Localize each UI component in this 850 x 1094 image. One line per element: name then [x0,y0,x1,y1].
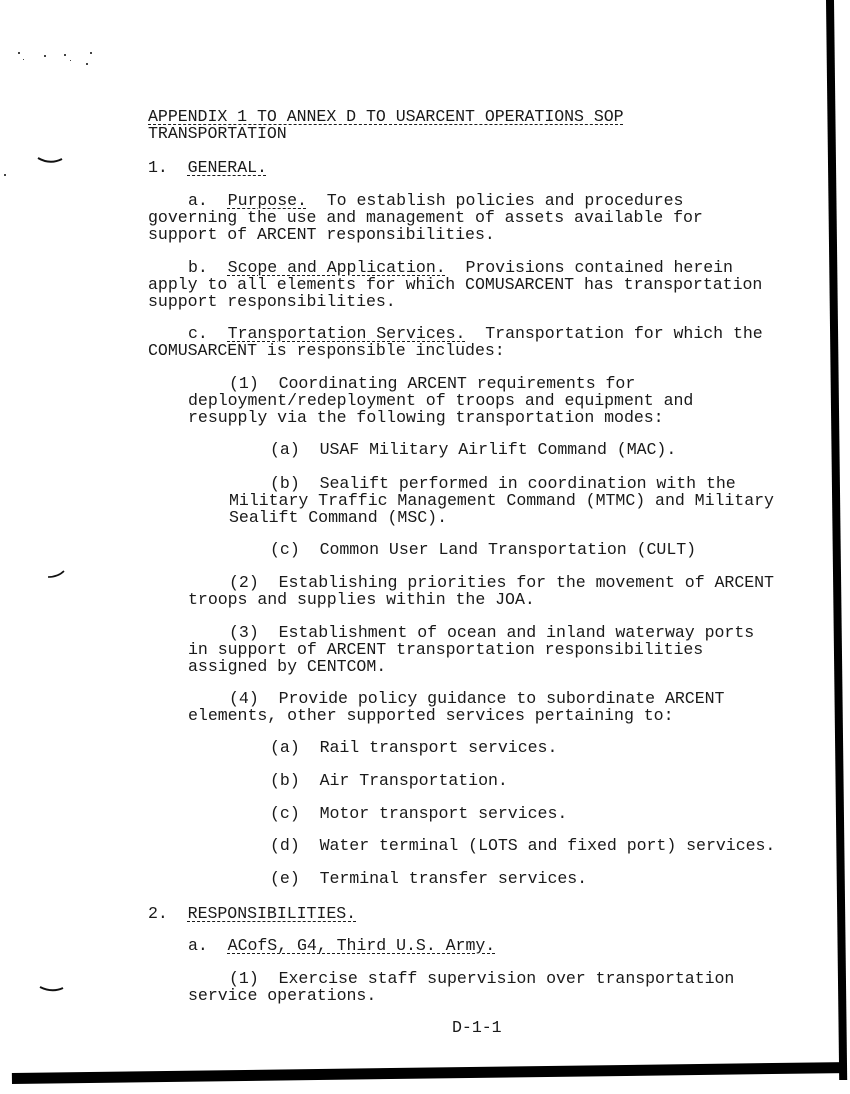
subitem-service-b: (b) Air Transportation. [270,772,508,789]
paragraph-1b-line2: apply to all elements for which COMUSARC… [148,276,762,293]
margin-mark [36,155,66,167]
item-1c1-line3: resupply via the following transportatio… [188,409,664,426]
paragraph-1a-line1: a. Purpose. To establish policies and pr… [188,192,683,209]
scan-speck [23,59,24,60]
item-1c3-line2: in support of ARCENT transportation resp… [188,641,703,658]
section-1-heading: 1. GENERAL. [148,159,267,176]
subitem-text: Motor transport services. [320,804,568,823]
section-number: 1. [148,158,168,177]
paragraph-1a-line3: support of ARCENT responsibilities. [148,226,495,243]
subitem-text: Rail transport services. [320,738,558,757]
subitem-label: (e) [270,869,300,888]
subitem-text: Terminal transfer services. [320,869,588,888]
subitem-label: (a) [270,738,300,757]
scan-speck [86,63,88,65]
subitem-mode-b-line1: (b) Sealift performed in coordination wi… [270,475,736,492]
subitem-service-c: (c) Motor transport services. [270,805,567,822]
item-1c3-line3: assigned by CENTCOM. [188,658,386,675]
scan-speck [4,174,6,176]
paragraph-1a-line2: governing the use and management of asse… [148,209,703,226]
paragraph-1b-line1: b. Scope and Application. Provisions con… [188,259,733,276]
paragraph-title: ACofS, G4, Third U.S. Army. [228,936,496,955]
paragraph-1b-line3: support responsibilities. [148,293,396,310]
scan-speck [90,52,92,54]
paragraph-text: Transportation for which the [465,324,762,343]
item-1c1-line2: deployment/redeployment of troops and eq… [188,392,693,409]
subitem-text: Common User Land Transportation (CULT) [320,540,697,559]
subitem-mode-c: (c) Common User Land Transportation (CUL… [270,541,696,558]
subitem-text: USAF Military Airlift Command (MAC). [320,440,677,459]
scan-border-right [826,0,847,1080]
item-2a1-line2: service operations. [188,987,376,1004]
paragraph-1c-line1: c. Transportation Services. Transportati… [188,325,763,342]
margin-mark [38,984,68,996]
scan-speck [44,55,46,57]
page-number: D-1-1 [452,1019,502,1036]
paragraph-1c-line2: COMUSARCENT is responsible includes: [148,342,505,359]
subitem-label: (c) [270,540,300,559]
scan-border-bottom [12,1062,844,1084]
item-1c1-line1: (1) Coordinating ARCENT requirements for [229,375,635,392]
document-heading-line2: TRANSPORTATION [148,125,287,142]
subitem-mode-a: (a) USAF Military Airlift Command (MAC). [270,441,676,458]
item-1c4-line1: (4) Provide policy guidance to subordina… [229,690,724,707]
subitem-text: Air Transportation. [320,771,508,790]
subitem-label: (d) [270,836,300,855]
subitem-label: (a) [270,440,300,459]
scan-speck [70,60,71,61]
section-title: RESPONSIBILITIES. [188,904,356,923]
document-page: APPENDIX 1 TO ANNEX D TO USARCENT OPERAT… [0,0,850,1094]
subitem-mode-b-line2: Military Traffic Management Command (MTM… [229,492,774,509]
subitem-text: Water terminal (LOTS and fixed port) ser… [320,836,776,855]
section-2-heading: 2. RESPONSIBILITIES. [148,905,356,922]
subitem-label: (b) [270,771,300,790]
item-2a1-line1: (1) Exercise staff supervision over tran… [229,970,734,987]
section-number: 2. [148,904,168,923]
section-title: GENERAL. [188,158,267,177]
scan-speck [64,54,66,56]
subitem-service-d: (d) Water terminal (LOTS and fixed port)… [270,837,775,854]
subitem-service-e: (e) Terminal transfer services. [270,870,587,887]
item-1c2-line1: (2) Establishing priorities for the move… [229,574,774,591]
margin-mark [46,568,68,580]
scan-speck [18,52,20,54]
item-1c2-line2: troops and supplies within the JOA. [188,591,535,608]
item-1c4-line2: elements, other supported services perta… [188,707,674,724]
paragraph-2a-heading: a. ACofS, G4, Third U.S. Army. [188,937,495,954]
subitem-service-a: (a) Rail transport services. [270,739,557,756]
document-heading-line1: APPENDIX 1 TO ANNEX D TO USARCENT OPERAT… [148,108,624,125]
subitem-label: (c) [270,804,300,823]
subitem-mode-b-line3: Sealift Command (MSC). [229,509,447,526]
item-1c3-line1: (3) Establishment of ocean and inland wa… [229,624,754,641]
paragraph-label: a. [188,936,208,955]
